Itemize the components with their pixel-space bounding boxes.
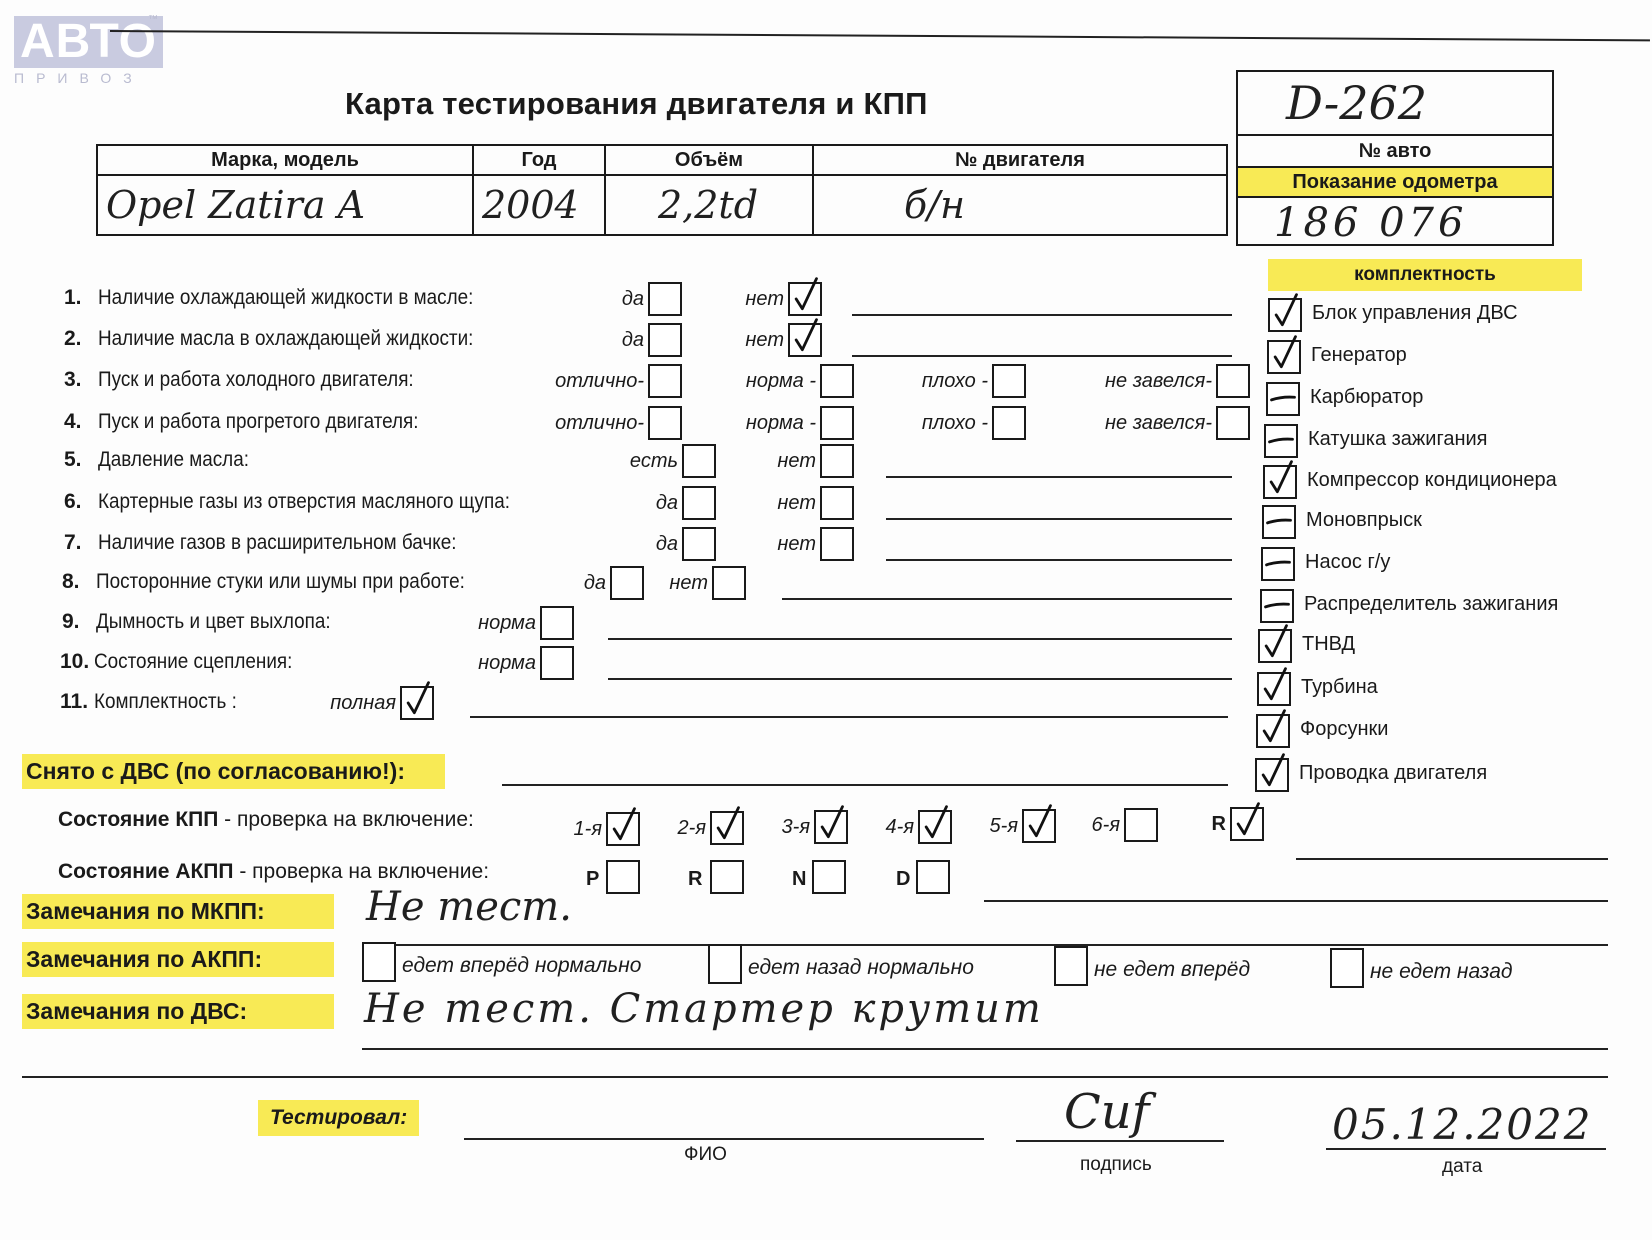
question-text: Давление масла:: [98, 448, 249, 472]
option-checkbox[interactable]: [820, 444, 854, 478]
mkpp-remarks-label: Замечания по МКПП:: [22, 894, 334, 929]
option-checkbox[interactable]: [648, 323, 682, 357]
vehicle-table: Марка, модель Год Объём № двигателя Opel…: [96, 144, 1228, 236]
option-label: плохо -: [870, 370, 988, 393]
option-checkbox[interactable]: [540, 646, 574, 680]
akpp-remark-checkbox[interactable]: [1330, 948, 1364, 988]
completeness-checkbox[interactable]: [1264, 424, 1298, 458]
akpp-remark-checkbox[interactable]: [708, 944, 742, 984]
manual-gearbox-title: Состояние КПП: [58, 808, 218, 831]
option-label: отлично-: [520, 370, 644, 393]
gear-checkbox[interactable]: [710, 811, 744, 845]
completeness-heading: комплектность: [1268, 259, 1582, 291]
auto-gearbox-label: Состояние АКПП - проверка на включение:: [58, 860, 489, 884]
option-label: да: [620, 533, 678, 556]
odometer-field[interactable]: 186 076: [1238, 198, 1552, 248]
auto-position-checkbox[interactable]: [710, 860, 744, 894]
completeness-checkbox[interactable]: [1266, 382, 1300, 416]
auto-position-label: D: [896, 868, 910, 891]
gear-label: 6-я: [1084, 814, 1120, 837]
volume-field[interactable]: 2,2td: [605, 175, 813, 235]
completeness-label: Моновпрыск: [1306, 509, 1422, 532]
completeness-checkbox[interactable]: [1262, 505, 1296, 539]
question-text: Комплектность :: [94, 690, 237, 714]
option-label: нет: [654, 572, 708, 595]
question-text: Посторонние стуки или шумы при работе:: [96, 570, 465, 594]
option-checkbox[interactable]: [682, 444, 716, 478]
completeness-checkbox[interactable]: [1268, 298, 1302, 332]
gear-label: 1-я: [566, 818, 602, 841]
option-label: норма: [440, 612, 536, 635]
option-label: да: [560, 288, 644, 311]
mkpp-remarks-line: [362, 944, 1608, 946]
question-text: Состояние сцепления:: [94, 650, 292, 674]
option-label: отлично-: [520, 412, 644, 435]
option-label: нет: [720, 492, 816, 515]
option-checkbox[interactable]: [820, 527, 854, 561]
gear-label: 4-я: [876, 816, 914, 839]
completeness-label: Генератор: [1311, 344, 1407, 367]
header-make-model: Марка, модель: [97, 145, 473, 175]
akpp-remark-label: не едет вперёд: [1094, 958, 1250, 982]
option-checkbox[interactable]: [1216, 364, 1250, 398]
auto-position-label: R: [688, 868, 702, 891]
completeness-label: Карбюратор: [1310, 386, 1423, 409]
question-text: Картерные газы из отверстия масляного щу…: [98, 490, 510, 514]
logo-main: АВТО: [14, 16, 163, 68]
question-text: Дымность и цвет выхлопа:: [96, 610, 331, 634]
option-checkbox[interactable]: [1216, 406, 1250, 440]
question-text: Наличие охлаждающей жидкости в масле:: [98, 286, 473, 310]
name-caption: ФИО: [684, 1144, 727, 1166]
completeness-label: Катушка зажигания: [1308, 428, 1488, 451]
auto-position-label: N: [792, 868, 806, 891]
question-number: 5.: [64, 448, 82, 472]
logo-sub: ПРИВОЗ: [14, 70, 144, 86]
option-checkbox[interactable]: [820, 364, 854, 398]
car-number-field[interactable]: D-262: [1238, 72, 1552, 136]
gear-label: 2-я: [668, 817, 706, 840]
option-label: нет: [704, 329, 784, 352]
dvs-remarks-line: [362, 1048, 1608, 1050]
comment-line[interactable]: [852, 355, 1232, 357]
auto-gearbox-subtitle: - проверка на включение:: [234, 860, 490, 883]
auto-position-checkbox[interactable]: [812, 860, 846, 894]
gear-checkbox[interactable]: [814, 810, 848, 844]
removed-line: [502, 784, 1228, 786]
car-number-label: № авто: [1238, 136, 1552, 168]
gear-label: 5-я: [980, 815, 1018, 838]
option-checkbox[interactable]: [682, 527, 716, 561]
completeness-label: Распределитель зажигания: [1304, 593, 1558, 616]
question-text: Наличие масла в охлаждающей жидкости:: [98, 327, 473, 351]
removed-heading: Снято с ДВС (по согласованию!):: [22, 754, 445, 789]
option-label: норма -: [700, 370, 816, 393]
completeness-label: ТНВД: [1302, 633, 1355, 656]
question-number: 2.: [64, 327, 82, 351]
option-label: да: [560, 329, 644, 352]
car-id-box: D-262 № авто Показание одометра 186 076: [1236, 70, 1554, 246]
option-checkbox[interactable]: [682, 486, 716, 520]
make-model-field[interactable]: Opel Zatira A: [97, 175, 473, 235]
question-number: 7.: [64, 531, 82, 555]
completeness-checkbox[interactable]: [1267, 340, 1301, 374]
option-checkbox[interactable]: [788, 323, 822, 357]
gear-note-line: [1296, 858, 1608, 860]
akpp-remarks-label: Замечания по АКПП:: [22, 942, 334, 977]
extra-remarks-line: [22, 1076, 1608, 1078]
odometer-label: Показание одометра: [1238, 168, 1552, 198]
option-label: полная: [300, 692, 396, 715]
question-number: 10.: [60, 650, 89, 674]
completeness-checkbox[interactable]: [1256, 714, 1290, 748]
akpp-remark-checkbox[interactable]: [1054, 946, 1088, 986]
comment-line[interactable]: [608, 678, 1232, 680]
option-checkbox[interactable]: [610, 566, 644, 600]
gear-checkbox[interactable]: [1124, 808, 1158, 842]
option-label: не завелся-: [1010, 412, 1212, 435]
question-text: Пуск и работа прогретого двигателя:: [98, 410, 419, 434]
completeness-label: Проводка двигателя: [1299, 762, 1487, 785]
kompl-note-line: [470, 716, 1228, 718]
gear-label: 3-я: [772, 816, 810, 839]
completeness-checkbox[interactable]: [1258, 629, 1292, 663]
question-number: 11.: [60, 690, 88, 714]
logo: АВТО ПРИВОЗ: [14, 16, 144, 86]
gear-label: R: [1200, 813, 1226, 836]
gear-checkbox[interactable]: [1022, 809, 1056, 843]
question-number: 8.: [62, 570, 80, 594]
auto-position-label: P: [586, 868, 599, 891]
comment-line[interactable]: [886, 476, 1232, 478]
engine-number-field[interactable]: б/н: [813, 175, 1227, 235]
completeness-label: Компрессор кондиционера: [1307, 469, 1557, 492]
name-line[interactable]: [464, 1138, 984, 1140]
comment-line[interactable]: [886, 518, 1232, 520]
option-checkbox[interactable]: [788, 282, 822, 316]
completeness-label: Форсунки: [1300, 718, 1388, 741]
option-checkbox[interactable]: [648, 406, 682, 440]
question-number: 4.: [64, 410, 82, 434]
option-label: нет: [704, 288, 784, 311]
option-checkbox[interactable]: [648, 364, 682, 398]
signature: Cuf: [1064, 1084, 1149, 1140]
top-rule: [110, 30, 1650, 41]
auto-position-checkbox[interactable]: [916, 860, 950, 894]
question-text: Пуск и работа холодного двигателя:: [98, 368, 414, 392]
akpp-remark-label: не едет назад: [1370, 960, 1512, 984]
option-label: норма: [440, 652, 536, 675]
option-label: нет: [720, 533, 816, 556]
comment-line[interactable]: [782, 598, 1232, 600]
auto-gearbox-title: Состояние АКПП: [58, 860, 234, 883]
comment-line[interactable]: [608, 638, 1232, 640]
option-label: да: [560, 572, 606, 595]
removed-label: Снято с ДВС (по согласованию!):: [26, 758, 405, 784]
question-number: 1.: [64, 286, 82, 310]
gear-checkbox[interactable]: [918, 810, 952, 844]
page-title: Карта тестирования двигателя и КПП: [345, 86, 928, 122]
completeness-checkbox[interactable]: [1255, 758, 1289, 792]
header-engine-number: № двигателя: [813, 145, 1227, 175]
option-label: да: [620, 492, 678, 515]
option-checkbox[interactable]: [648, 282, 682, 316]
question-number: 3.: [64, 368, 82, 392]
option-checkbox[interactable]: [400, 686, 434, 720]
option-label: нет: [720, 450, 816, 473]
completeness-label: Блок управления ДВС: [1312, 302, 1518, 325]
logo-trademark: ™: [148, 14, 158, 25]
completeness-label: Турбина: [1301, 676, 1378, 699]
comment-line[interactable]: [886, 559, 1232, 561]
dvs-remarks-field[interactable]: Не тест. Стартер крутит: [364, 986, 1044, 1032]
mkpp-remarks-field[interactable]: Не тест.: [366, 884, 572, 930]
completeness-checkbox[interactable]: [1263, 465, 1297, 499]
date-caption: дата: [1442, 1156, 1482, 1178]
option-checkbox[interactable]: [820, 486, 854, 520]
question-text: Наличие газов в расширительном бачке:: [98, 531, 456, 555]
completeness-checkbox[interactable]: [1260, 589, 1294, 623]
signature-line[interactable]: [1016, 1140, 1224, 1142]
manual-gearbox-subtitle: - проверка на включение:: [218, 808, 474, 831]
option-label: норма -: [700, 412, 816, 435]
year-field[interactable]: 2004: [473, 175, 605, 235]
header-year: Год: [473, 145, 605, 175]
comment-line[interactable]: [852, 314, 1232, 316]
option-checkbox[interactable]: [540, 606, 574, 640]
akpp-remark-checkbox[interactable]: [362, 942, 396, 982]
option-checkbox[interactable]: [820, 406, 854, 440]
option-label: не завелся-: [1010, 370, 1212, 393]
question-number: 9.: [62, 610, 80, 634]
akpp-remark-label: едет назад нормально: [748, 956, 974, 980]
option-checkbox[interactable]: [712, 566, 746, 600]
tested-by-label: Тестировал:: [258, 1100, 419, 1136]
akpp-note-line: [984, 900, 1608, 902]
option-label: есть: [600, 450, 678, 473]
akpp-remark-label: едет вперёд нормально: [402, 954, 641, 978]
signature-caption: подпись: [1080, 1154, 1152, 1176]
auto-position-checkbox[interactable]: [606, 860, 640, 894]
manual-gearbox-label: Состояние КПП - проверка на включение:: [58, 808, 474, 832]
completeness-checkbox[interactable]: [1261, 547, 1295, 581]
gear-checkbox[interactable]: [606, 812, 640, 846]
question-number: 6.: [64, 490, 82, 514]
completeness-label: Насос г/у: [1305, 551, 1390, 574]
gear-checkbox[interactable]: [1230, 807, 1264, 841]
dvs-remarks-label: Замечания по ДВС:: [22, 994, 334, 1029]
completeness-checkbox[interactable]: [1257, 672, 1291, 706]
date-field[interactable]: 05.12.2022: [1332, 1100, 1592, 1149]
header-volume: Объём: [605, 145, 813, 175]
option-label: плохо -: [870, 412, 988, 435]
